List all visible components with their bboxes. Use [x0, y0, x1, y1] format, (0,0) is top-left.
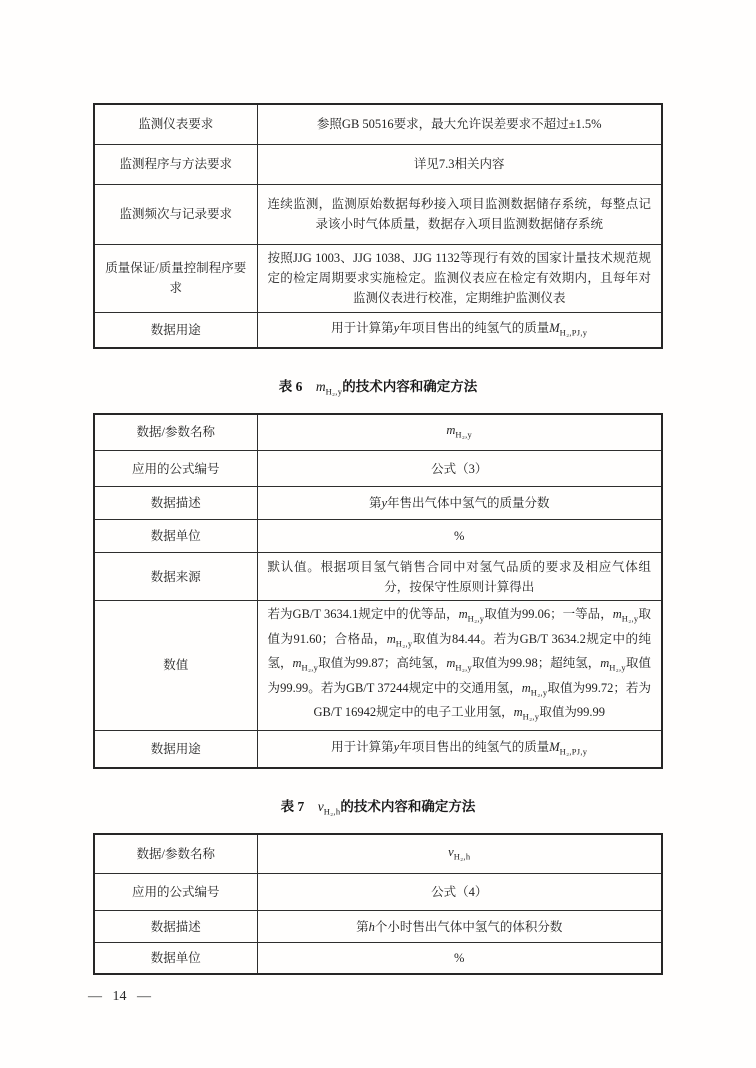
document-page: 监测仪表要求 参照GB 50516要求，最大允许误差要求不超过±1.5% 监测程…	[0, 0, 756, 1068]
table7-title: 表 7 vH₂,h的技术内容和确定方法	[93, 795, 663, 817]
page-number: — 14 —	[88, 989, 756, 1005]
row-label: 数据来源	[94, 553, 257, 601]
table-row: 数值 若为GB/T 3634.1规定中的优等品，mH₂,y取值为99.06；一等…	[94, 601, 662, 731]
formula-subscript: H₂,y	[622, 614, 639, 624]
row-value: %	[257, 943, 662, 974]
row-label: 质量保证/质量控制程序要求	[94, 244, 257, 312]
row-value: 第y年售出气体中氢气的质量分数	[257, 487, 662, 520]
row-label: 应用的公式编号	[94, 451, 257, 487]
text-segment: 用于计算第	[331, 740, 394, 754]
table-row: 数据/参数名称 vH₂,h	[94, 834, 662, 874]
text-segment: 取值为99.06；一等品，	[484, 607, 612, 621]
row-label: 监测频次与记录要求	[94, 184, 257, 244]
formula-subscript: H₂,y	[455, 430, 472, 440]
formula-symbol: M	[549, 740, 559, 754]
table6-parameter-table: 数据/参数名称 mH₂,y 应用的公式编号 公式（3） 数据描述 第y年售出气体…	[93, 413, 663, 770]
formula-subscript: H₂,y	[326, 387, 343, 397]
text-segment: 若为GB/T 3634.1规定中的优等品，	[268, 607, 459, 621]
row-label: 数据单位	[94, 943, 257, 974]
row-value: 详见7.3相关内容	[257, 144, 662, 184]
table-row: 应用的公式编号 公式（3）	[94, 451, 662, 487]
formula-symbol: m	[600, 656, 609, 670]
table6-title: 表 6 mH₂,y的技术内容和确定方法	[93, 375, 663, 397]
formula-symbol: m	[522, 681, 531, 695]
table-row: 数据用途 用于计算第y年项目售出的纯氢气的质量MH₂,PJ,y	[94, 730, 662, 768]
table-row: 监测频次与记录要求 连续监测，监测原始数据每秒接入项目监测数据储存系统，每整点记…	[94, 184, 662, 244]
text-segment: 用于计算第	[331, 321, 394, 335]
formula-symbol: m	[459, 607, 468, 621]
formula-subscript: H₂,h	[454, 851, 471, 861]
formula-symbol: m	[316, 379, 326, 394]
row-label: 数据描述	[94, 487, 257, 520]
text-segment: 的技术内容和确定方法	[342, 379, 477, 394]
formula-subscript: H₂,PJ,y	[560, 327, 588, 337]
table-row: 数据描述 第y年售出气体中氢气的质量分数	[94, 487, 662, 520]
formula-subscript: H₂,y	[531, 687, 548, 697]
row-label: 数据用途	[94, 312, 257, 348]
formula-subscript: H₂,y	[396, 638, 413, 648]
table-row: 监测程序与方法要求 详见7.3相关内容	[94, 144, 662, 184]
text-segment: 取值为99.98；超纯氢，	[472, 656, 600, 670]
text-segment: 表 6	[279, 379, 316, 394]
row-label: 数据/参数名称	[94, 834, 257, 874]
row-label: 数据单位	[94, 520, 257, 553]
table-row: 数据用途 用于计算第y年项目售出的纯氢气的质量MH₂,PJ,y	[94, 312, 662, 348]
table-row: 质量保证/质量控制程序要求 按照JJG 1003、JJG 1038、JJG 11…	[94, 244, 662, 312]
text-segment: 年售出气体中氢气的质量分数	[387, 496, 550, 510]
formula-subscript: H₂,y	[523, 712, 540, 722]
formula-symbol: m	[387, 632, 396, 646]
formula-subscript: H₂,y	[468, 614, 485, 624]
table-row: 数据单位 %	[94, 520, 662, 553]
row-value: vH₂,h	[257, 834, 662, 874]
row-label: 数值	[94, 601, 257, 731]
formula-symbol: m	[293, 656, 302, 670]
monitoring-requirements-table: 监测仪表要求 参照GB 50516要求，最大允许误差要求不超过±1.5% 监测程…	[93, 103, 663, 349]
table-row: 数据单位 %	[94, 943, 662, 974]
row-value: 公式（3）	[257, 451, 662, 487]
table7-parameter-table: 数据/参数名称 vH₂,h 应用的公式编号 公式（4） 数据描述 第h个小时售出…	[93, 833, 663, 975]
row-value: 连续监测，监测原始数据每秒接入项目监测数据储存系统，每整点记录该小时气体质量，数…	[257, 184, 662, 244]
row-value: 参照GB 50516要求，最大允许误差要求不超过±1.5%	[257, 104, 662, 144]
text-segment: 取值为99.87；高纯氢，	[318, 656, 446, 670]
row-value: 若为GB/T 3634.1规定中的优等品，mH₂,y取值为99.06；一等品，m…	[257, 601, 662, 731]
row-value: 第h个小时售出气体中氢气的体积分数	[257, 911, 662, 943]
table-row: 数据/参数名称 mH₂,y	[94, 414, 662, 451]
row-label: 数据用途	[94, 730, 257, 768]
row-label: 数据/参数名称	[94, 414, 257, 451]
text-segment: 第	[356, 920, 369, 934]
row-label: 监测仪表要求	[94, 104, 257, 144]
row-value: 默认值。根据项目氢气销售合同中对氢气品质的要求及相应气体组分，按保守性原则计算得…	[257, 553, 662, 601]
text-segment: 的技术内容和确定方法	[340, 799, 475, 814]
text-segment: 年项目售出的纯氢气的质量	[399, 740, 549, 754]
row-value: 公式（4）	[257, 874, 662, 911]
table-row: 数据来源 默认值。根据项目氢气销售合同中对氢气品质的要求及相应气体组分，按保守性…	[94, 553, 662, 601]
table-row: 数据描述 第h个小时售出气体中氢气的体积分数	[94, 911, 662, 943]
row-value: 用于计算第y年项目售出的纯氢气的质量MH₂,PJ,y	[257, 312, 662, 348]
formula-symbol: M	[549, 321, 559, 335]
table-row: 监测仪表要求 参照GB 50516要求，最大允许误差要求不超过±1.5%	[94, 104, 662, 144]
row-label: 应用的公式编号	[94, 874, 257, 911]
formula-symbol: m	[514, 705, 523, 719]
formula-symbol: m	[613, 607, 622, 621]
formula-subscript: H₂,y	[455, 663, 472, 673]
formula-subscript: H₂,y	[302, 663, 319, 673]
formula-subscript: H₂,h	[324, 807, 341, 817]
text-segment: 表 7	[281, 799, 318, 814]
row-value: mH₂,y	[257, 414, 662, 451]
row-value: 用于计算第y年项目售出的纯氢气的质量MH₂,PJ,y	[257, 730, 662, 768]
row-label: 监测程序与方法要求	[94, 144, 257, 184]
row-label: 数据描述	[94, 911, 257, 943]
formula-subscript: H₂,PJ,y	[560, 746, 588, 756]
text-segment: 年项目售出的纯氢气的质量	[399, 321, 549, 335]
text-segment: 取值为99.99	[539, 705, 605, 719]
row-value: 按照JJG 1003、JJG 1038、JJG 1132等现行有效的国家计量技术…	[257, 244, 662, 312]
formula-subscript: H₂,y	[609, 663, 626, 673]
text-segment: 第	[369, 496, 382, 510]
row-value: %	[257, 520, 662, 553]
text-segment: 个小时售出气体中氢气的体积分数	[375, 920, 563, 934]
table-row: 应用的公式编号 公式（4）	[94, 874, 662, 911]
